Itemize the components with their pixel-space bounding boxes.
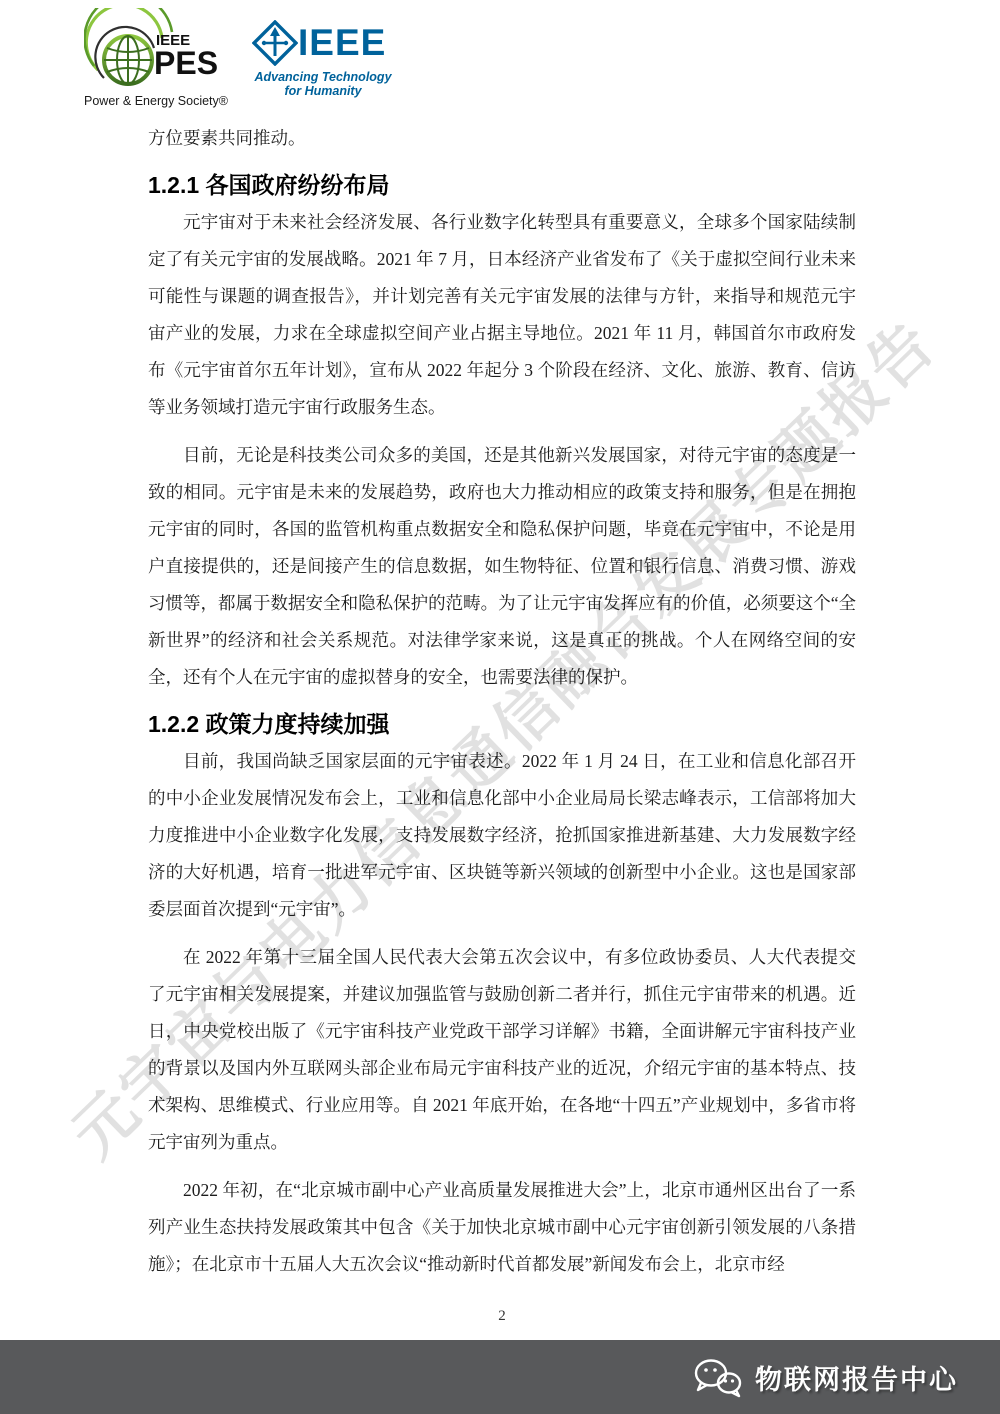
paragraph: 目前，无论是科技类公司众多的美国，还是其他新兴发展国家，对待元宇宙的态度是一致的… (148, 437, 856, 696)
document-page: 元宇宙与电力信息通信融合发展专题报告 (0, 0, 1000, 1414)
paragraph: 2022 年初，在“北京城市副中心产业高质量发展推进大会”上，北京市通州区出台了… (148, 1172, 856, 1283)
wechat-icon (691, 1356, 743, 1398)
ieee-wordmark: IEEE (298, 25, 386, 61)
ieee-pes-logo: IEEE PES Power & Energy Society® (84, 8, 234, 108)
pes-globe-icon: IEEE PES (84, 8, 234, 108)
paragraph: 元宇宙对于未来社会经济发展、各行业数字化转型具有重要意义，全球多个国家陆续制定了… (148, 204, 856, 426)
page-number: 2 (148, 1308, 856, 1325)
document-body: 方位要素共同推动。 1.2.1 各国政府纷纷布局 元宇宙对于未来社会经济发展、各… (148, 120, 856, 1294)
ieee-logo: IEEE Advancing Technology for Humanity (252, 8, 402, 120)
header-logos: IEEE PES Power & Energy Society® IEEE Ad… (84, 8, 402, 120)
ieee-diamond-icon (252, 20, 298, 66)
paragraph: 目前，我国尚缺乏国家层面的元宇宙表述。2022 年 1 月 24 日，在工业和信… (148, 743, 856, 928)
paragraph: 在 2022 年第十三届全国人民代表大会第五次会议中，有多位政协委员、人大代表提… (148, 939, 856, 1161)
ieee-tagline-line2: for Humanity (252, 84, 394, 98)
footer-bar: 物联网报告中心 (0, 1340, 1000, 1414)
pes-tagline: Power & Energy Society® (84, 94, 244, 108)
footer-brand: 物联网报告中心 (691, 1356, 958, 1398)
pes-text: PES (154, 45, 218, 81)
section-heading-1-2-1: 1.2.1 各国政府纷纷布局 (148, 168, 856, 202)
footer-brand-text: 物联网报告中心 (755, 1358, 958, 1397)
ieee-tagline-line1: Advancing Technology (252, 70, 394, 84)
section-heading-1-2-2: 1.2.2 政策力度持续加强 (148, 707, 856, 741)
continuation-line: 方位要素共同推动。 (148, 120, 856, 157)
